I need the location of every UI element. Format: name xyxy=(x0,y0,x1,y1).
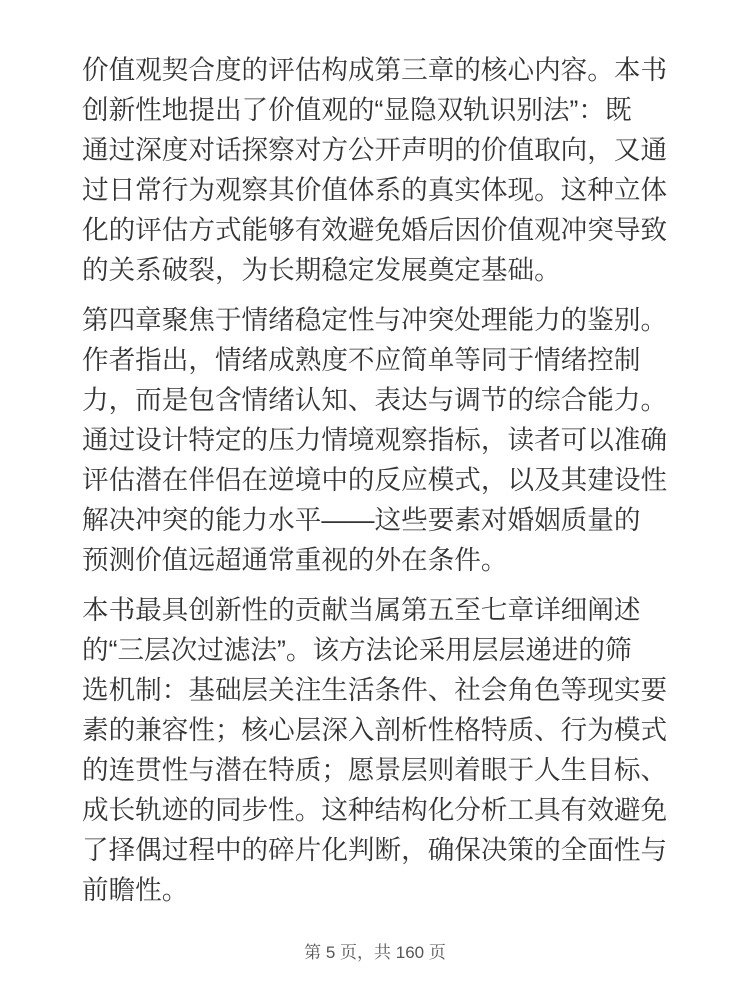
paragraph-filter-method-chapters5-7: 本书最具创新性的贡献当属第五至七章详细阐述 的“三层次过滤法”。该方法论采用层层… xyxy=(82,590,702,910)
text-line: 创新性地提出了价值观的“显隐双轨识别法”：既 xyxy=(82,90,702,130)
document-page: 价值观契合度的评估构成第三章的核心内容。本书 创新性地提出了价值观的“显隐双轨识… xyxy=(0,0,750,1000)
text-line: 价值观契合度的评估构成第三章的核心内容。本书 xyxy=(82,50,702,90)
text-line: 过日常行为观察其价值体系的真实体现。这种立体 xyxy=(82,170,702,210)
text-line: 解决冲突的能力水平——这些要素对婚姻质量的 xyxy=(82,500,702,540)
text-line: 通过深度对话探察对方公开声明的价值取向，又通 xyxy=(82,130,702,170)
text-line: 了择偶过程中的碎片化判断，确保决策的全面性与 xyxy=(82,830,702,870)
page-footer: 第 5 页，共 160 页 xyxy=(0,942,750,964)
text-line: 成长轨迹的同步性。这种结构化分析工具有效避免 xyxy=(82,790,702,830)
text-line: 选机制：基础层关注生活条件、社会角色等现实要 xyxy=(82,670,702,710)
text-line: 力，而是包含情绪认知、表达与调节的综合能力。 xyxy=(82,380,702,420)
text-line: 化的评估方式能够有效避免婚后因价值观冲突导致 xyxy=(82,210,702,250)
text-line: 预测价值远超通常重视的外在条件。 xyxy=(82,540,702,580)
page-number-indicator: 第 5 页，共 160 页 xyxy=(304,943,446,962)
text-line: 素的兼容性；核心层深入剖析性格特质、行为模式 xyxy=(82,710,702,750)
paragraph-values-chapter3: 价值观契合度的评估构成第三章的核心内容。本书 创新性地提出了价值观的“显隐双轨识… xyxy=(82,50,702,290)
text-line: 作者指出，情绪成熟度不应简单等同于情绪控制 xyxy=(82,340,702,380)
text-line: 第四章聚焦于情绪稳定性与冲突处理能力的鉴别。 xyxy=(82,300,702,340)
paragraph-emotion-chapter4: 第四章聚焦于情绪稳定性与冲突处理能力的鉴别。 作者指出，情绪成熟度不应简单等同于… xyxy=(82,300,702,580)
text-line: 通过设计特定的压力情境观察指标，读者可以准确 xyxy=(82,420,702,460)
page-body: 价值观契合度的评估构成第三章的核心内容。本书 创新性地提出了价值观的“显隐双轨识… xyxy=(82,50,702,920)
text-line: 的“三层次过滤法”。该方法论采用层层递进的筛 xyxy=(82,630,702,670)
text-line: 前瞻性。 xyxy=(82,870,702,910)
text-line: 本书最具创新性的贡献当属第五至七章详细阐述 xyxy=(82,590,702,630)
text-line: 评估潜在伴侣在逆境中的反应模式，以及其建设性 xyxy=(82,460,702,500)
text-line: 的关系破裂，为长期稳定发展奠定基础。 xyxy=(82,250,702,290)
text-line: 的连贯性与潜在特质；愿景层则着眼于人生目标、 xyxy=(82,750,702,790)
